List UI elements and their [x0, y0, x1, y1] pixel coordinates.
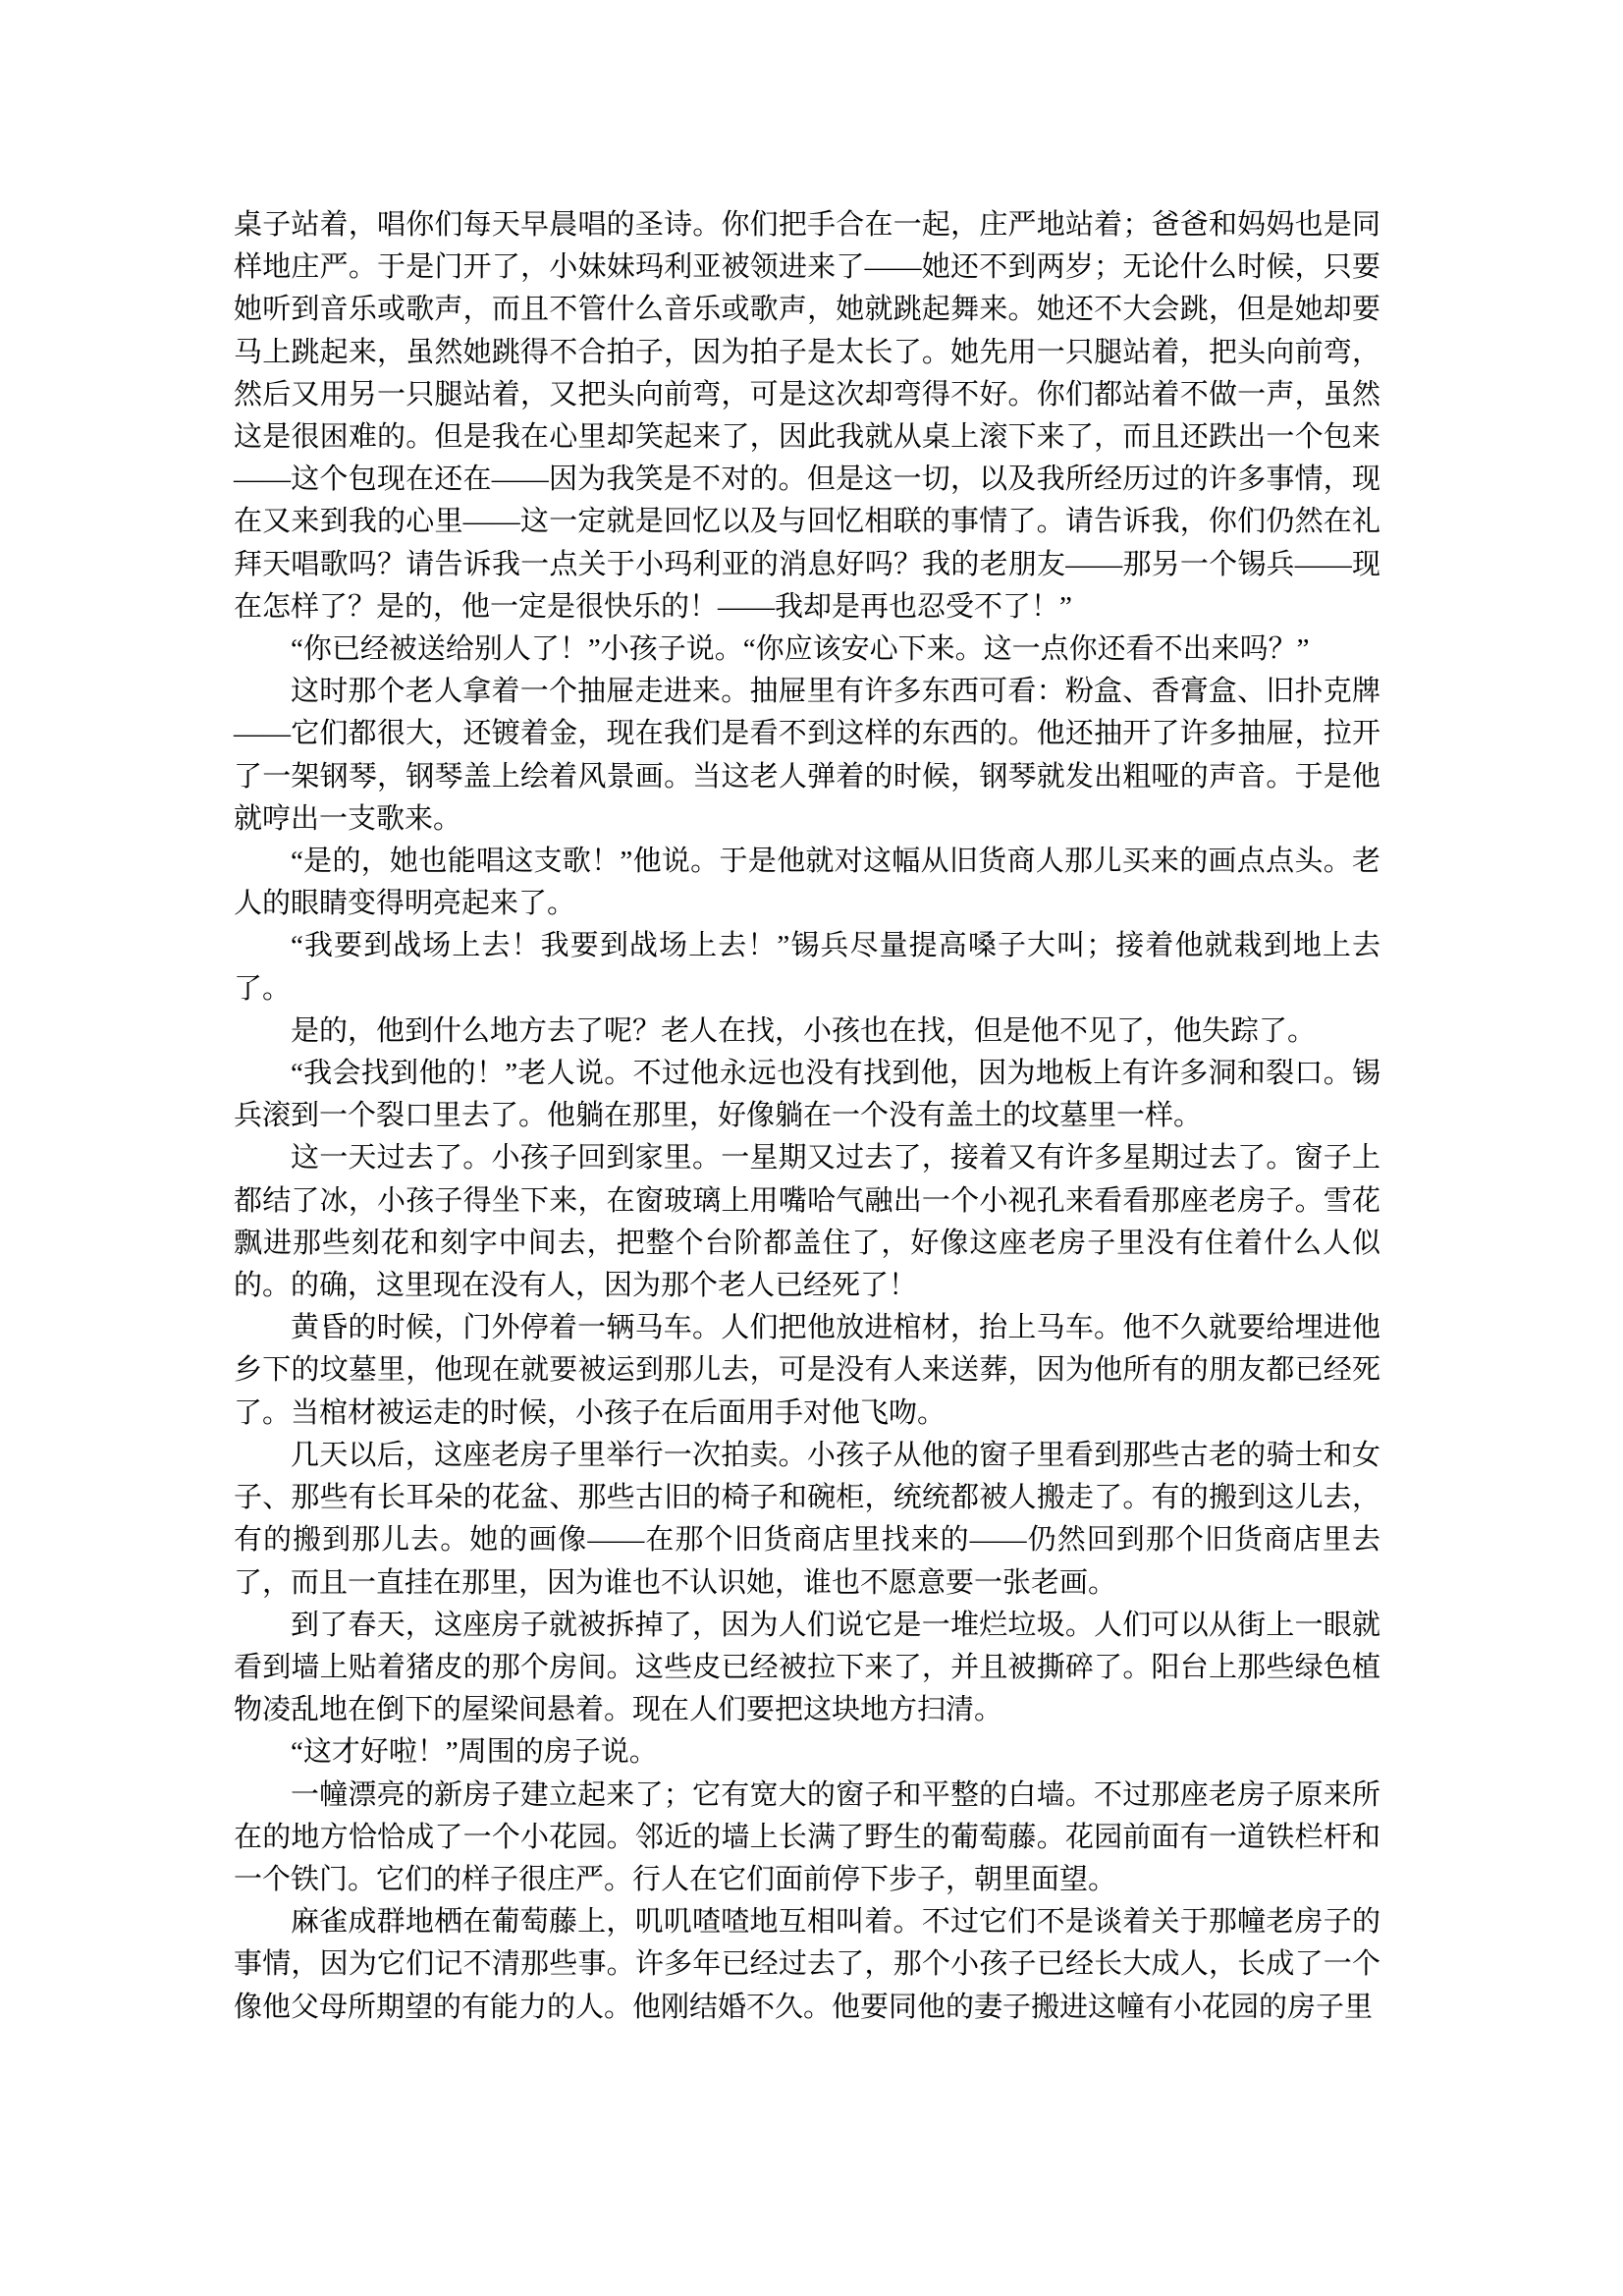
- paragraph: 桌子站着，唱你们每天早晨唱的圣诗。你们把手合在一起，庄严地站着；爸爸和妈妈也是同…: [234, 204, 1380, 629]
- paragraph: 这一天过去了。小孩子回到家里。一星期又过去了，接着又有许多星期过去了。窗子上都结…: [234, 1137, 1380, 1307]
- paragraph: 黄昏的时候，门外停着一辆马车。人们把他放进棺材，抬上马车。他不久就要给埋进他乡下…: [234, 1307, 1380, 1435]
- paragraph: “是的，她也能唱这支歌！”他说。于是他就对这幅从旧货商人那儿买来的画点点头。老人…: [234, 841, 1380, 925]
- document-page: 桌子站着，唱你们每天早晨唱的圣诗。你们把手合在一起，庄严地站着；爸爸和妈妈也是同…: [0, 0, 1623, 2296]
- paragraph: 几天以后，这座老房子里举行一次拍卖。小孩子从他的窗子里看到那些古老的骑士和女子、…: [234, 1435, 1380, 1605]
- paragraph: 是的，他到什么地方去了呢？老人在找，小孩也在找，但是他不见了，他失踪了。: [234, 1011, 1380, 1053]
- paragraph: 一幢漂亮的新房子建立起来了；它有宽大的窗子和平整的白墙。不过那座老房子原来所在的…: [234, 1775, 1380, 1902]
- paragraph: “你已经被送给别人了！”小孩子说。“你应该安心下来。这一点你还看不出来吗？”: [234, 629, 1380, 671]
- paragraph: “我要到战场上去！我要到战场上去！”锡兵尽量提高嗓子大叫；接着他就栽到地上去了。: [234, 925, 1380, 1010]
- story-text-block: 桌子站着，唱你们每天早晨唱的圣诗。你们把手合在一起，庄严地站着；爸爸和妈妈也是同…: [234, 204, 1380, 2029]
- paragraph: 麻雀成群地栖在葡萄藤上，叽叽喳喳地互相叫着。不过它们不是谈着关于那幢老房子的事情…: [234, 1901, 1380, 2029]
- paragraph: “这才好啦！”周围的房子说。: [234, 1731, 1380, 1774]
- paragraph: “我会找到他的！”老人说。不过他永远也没有找到他，因为地板上有许多洞和裂口。锡兵…: [234, 1053, 1380, 1137]
- paragraph: 这时那个老人拿着一个抽屉走进来。抽屉里有许多东西可看：粉盒、香膏盒、旧扑克牌——…: [234, 671, 1380, 841]
- paragraph: 到了春天，这座房子就被拆掉了，因为人们说它是一堆烂垃圾。人们可以从街上一眼就看到…: [234, 1605, 1380, 1732]
